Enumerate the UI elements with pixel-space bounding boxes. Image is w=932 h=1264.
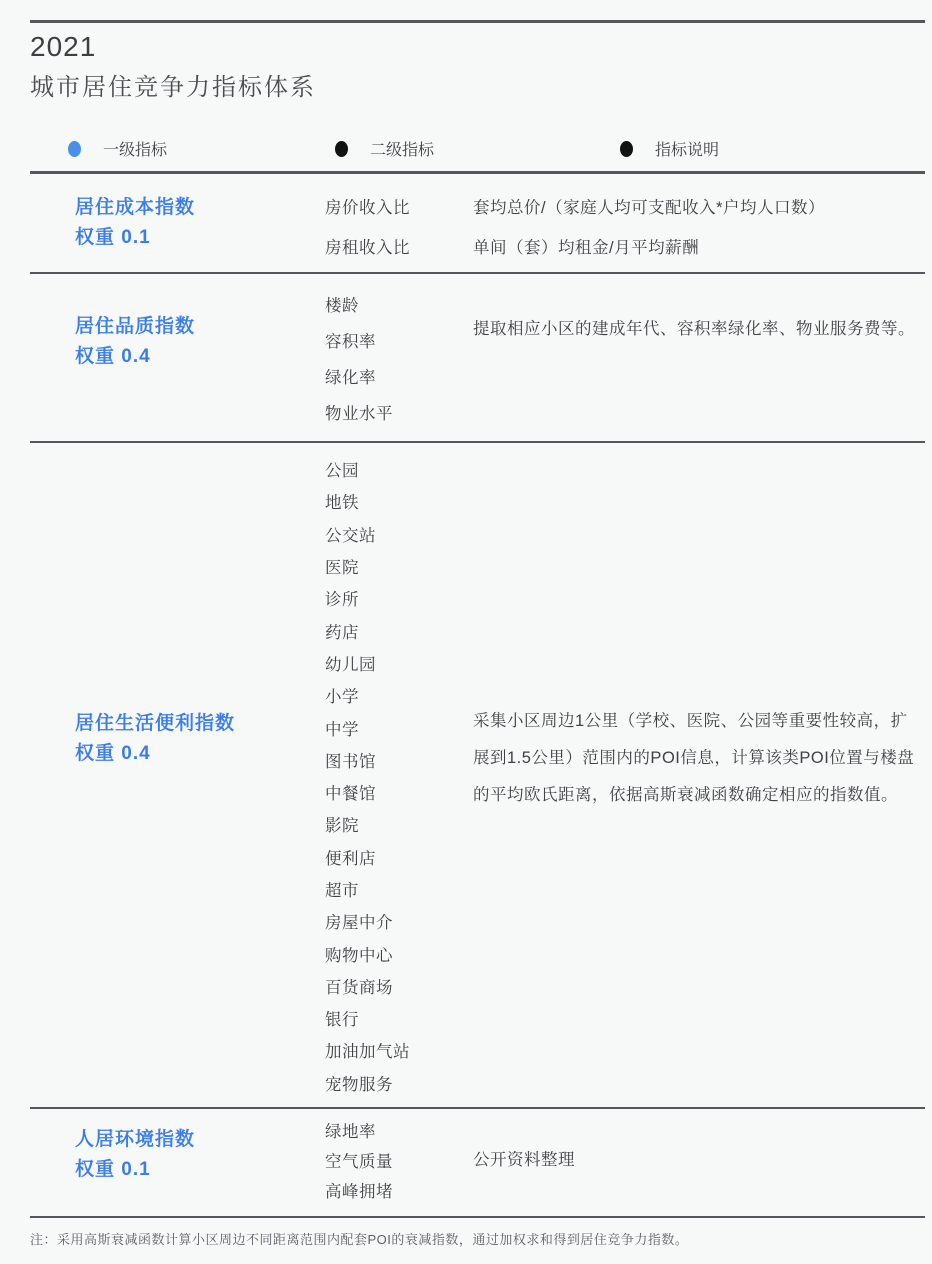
secondary-indicator-item: 百货商场 xyxy=(325,970,473,1002)
secondary-indicator-item: 容积率 xyxy=(325,322,473,358)
primary-indicator-dot-icon xyxy=(68,141,81,157)
secondary-indicator-item: 药店 xyxy=(325,614,473,646)
secondary-indicator-item: 物业水平 xyxy=(325,394,473,430)
secondary-indicator-item: 房价收入比 xyxy=(325,186,473,226)
indicator-description: 公开资料整理 xyxy=(473,1109,925,1216)
secondary-indicator-item: 影院 xyxy=(325,808,473,840)
primary-indicator-name: 人居环境指数 xyxy=(75,1125,325,1155)
indicator-description-line: 套均总价/（家庭人均可支配收入*户均人口数） xyxy=(473,186,917,226)
secondary-indicator-item: 诊所 xyxy=(325,582,473,614)
page-title: 城市居住竞争力指标体系 xyxy=(30,73,925,103)
indicator-table: 居住成本指数权重 0.1房价收入比房租收入比套均总价/（家庭人均可支配收入*户均… xyxy=(30,174,925,1218)
secondary-indicator-item: 高峰拥堵 xyxy=(325,1175,473,1205)
primary-indicator: 居住生活便利指数权重 0.4 xyxy=(75,443,325,1107)
primary-indicator-name: 居住成本指数 xyxy=(75,193,325,223)
secondary-indicator-item: 楼龄 xyxy=(325,286,473,322)
section-row: 居住品质指数权重 0.4楼龄容积率绿化率物业水平提取相应小区的建成年代、容积率绿… xyxy=(30,274,925,443)
indicator-description-text: 公开资料整理 xyxy=(473,1109,917,1175)
section-row: 人居环境指数权重 0.1绿地率空气质量高峰拥堵公开资料整理 xyxy=(30,1109,925,1218)
secondary-indicator-item: 银行 xyxy=(325,1002,473,1034)
legend-label: 二级指标 xyxy=(370,137,434,160)
description-dot-icon xyxy=(620,141,633,157)
legend-item-primary: 一级指标 xyxy=(68,137,167,160)
secondary-indicator-list: 绿地率空气质量高峰拥堵 xyxy=(325,1109,473,1216)
primary-indicator-name: 居住品质指数 xyxy=(75,312,325,342)
secondary-indicator-list: 楼龄容积率绿化率物业水平 xyxy=(325,274,473,441)
secondary-indicator-item: 公园 xyxy=(325,453,473,485)
secondary-indicator-item: 加油加气站 xyxy=(325,1034,473,1066)
primary-indicator: 居住成本指数权重 0.1 xyxy=(75,174,325,272)
section-row: 居住成本指数权重 0.1房价收入比房租收入比套均总价/（家庭人均可支配收入*户均… xyxy=(30,174,925,274)
top-rule xyxy=(30,20,925,23)
indicator-description-text: 提取相应小区的建成年代、容积率绿化率、物业服务费等。 xyxy=(473,274,917,342)
year-label: 2021 xyxy=(30,31,925,63)
indicator-description: 采集小区周边1公里（学校、医院、公园等重要性较高，扩展到1.5公里）范围内的PO… xyxy=(473,443,925,1107)
primary-indicator: 居住品质指数权重 0.4 xyxy=(75,274,325,441)
secondary-indicator-item: 地铁 xyxy=(325,485,473,517)
secondary-indicator-item: 房租收入比 xyxy=(325,226,473,266)
secondary-indicator-item: 空气质量 xyxy=(325,1145,473,1175)
section-row: 居住生活便利指数权重 0.4公园地铁公交站医院诊所药店幼儿园小学中学图书馆中餐馆… xyxy=(30,443,925,1109)
secondary-indicator-item: 绿地率 xyxy=(325,1115,473,1145)
secondary-indicator-item: 公交站 xyxy=(325,518,473,550)
footnote: 注：采用高斯衰减函数计算小区周边不同距离范围内配套POI的衰减指数，通过加权求和… xyxy=(30,1231,925,1249)
secondary-indicator-item: 幼儿园 xyxy=(325,647,473,679)
primary-indicator-weight: 权重 0.1 xyxy=(75,223,325,253)
secondary-indicator-item: 便利店 xyxy=(325,841,473,873)
secondary-indicator-item: 中餐馆 xyxy=(325,776,473,808)
secondary-indicator-item: 图书馆 xyxy=(325,744,473,776)
primary-indicator-weight: 权重 0.4 xyxy=(75,342,325,372)
secondary-indicator-item: 购物中心 xyxy=(325,937,473,969)
indicator-description-text: 采集小区周边1公里（学校、医院、公园等重要性较高，扩展到1.5公里）范围内的PO… xyxy=(473,443,917,814)
legend-label: 指标说明 xyxy=(655,137,719,160)
secondary-indicator-item: 超市 xyxy=(325,873,473,905)
secondary-indicator-item: 房屋中介 xyxy=(325,905,473,937)
primary-indicator: 人居环境指数权重 0.1 xyxy=(75,1109,325,1216)
primary-indicator-name: 居住生活便利指数 xyxy=(75,709,325,739)
report-page: 2021 城市居住竞争力指标体系 一级指标 二级指标 指标说明 居住成本指数权重… xyxy=(0,0,932,1264)
indicator-description: 套均总价/（家庭人均可支配收入*户均人口数）单间（套）均租金/月平均薪酬 xyxy=(473,174,925,272)
secondary-indicator-item: 中学 xyxy=(325,711,473,743)
legend-item-description: 指标说明 xyxy=(620,137,719,160)
indicator-description: 提取相应小区的建成年代、容积率绿化率、物业服务费等。 xyxy=(473,274,925,441)
legend-label: 一级指标 xyxy=(103,137,167,160)
secondary-indicator-item: 医院 xyxy=(325,550,473,582)
secondary-indicator-dot-icon xyxy=(335,141,348,157)
primary-indicator-weight: 权重 0.1 xyxy=(75,1155,325,1185)
secondary-indicator-item: 宠物服务 xyxy=(325,1067,473,1099)
legend-item-secondary: 二级指标 xyxy=(335,137,434,160)
secondary-indicator-item: 小学 xyxy=(325,679,473,711)
primary-indicator-weight: 权重 0.4 xyxy=(75,739,325,769)
secondary-indicator-list: 公园地铁公交站医院诊所药店幼儿园小学中学图书馆中餐馆影院便利店超市房屋中介购物中… xyxy=(325,443,473,1107)
legend: 一级指标 二级指标 指标说明 xyxy=(30,137,925,155)
secondary-indicator-list: 房价收入比房租收入比 xyxy=(325,174,473,272)
indicator-description-line: 单间（套）均租金/月平均薪酬 xyxy=(473,226,917,266)
secondary-indicator-item: 绿化率 xyxy=(325,358,473,394)
